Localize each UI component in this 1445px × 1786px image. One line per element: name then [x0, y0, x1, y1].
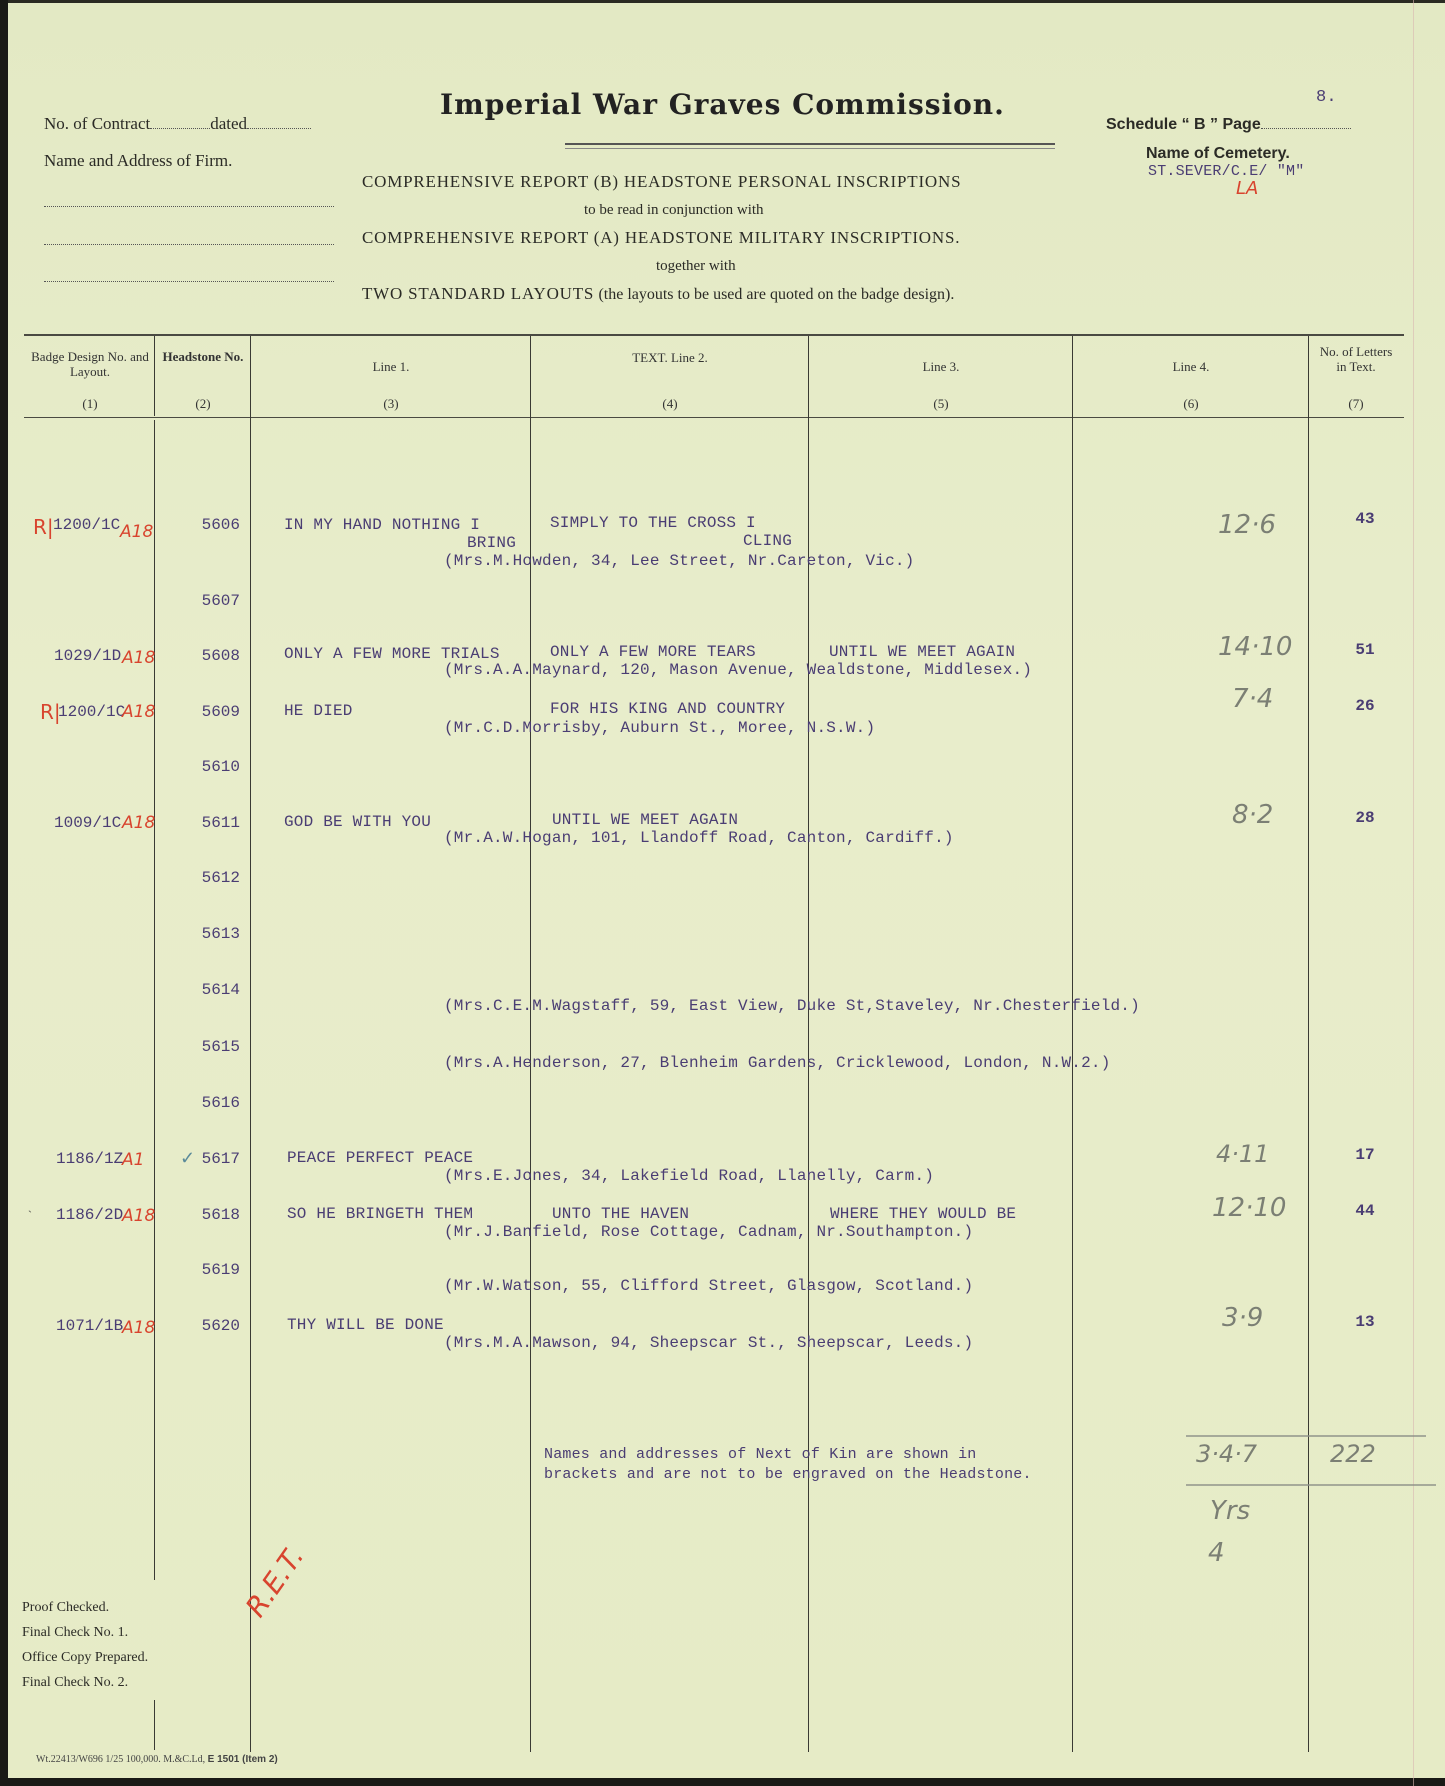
page-number: 8.	[1316, 88, 1337, 107]
years-label: Yrs	[1210, 1496, 1250, 1526]
headstone-number: 5620	[180, 1317, 240, 1335]
line1-text: IN MY HAND NOTHING I	[284, 516, 480, 534]
table-header-rule	[24, 417, 1404, 418]
headstone-number: 5610	[180, 758, 240, 776]
commission-title: Imperial War Graves Commission.	[440, 88, 1005, 121]
line1-text: GOD BE WITH YOU	[284, 813, 431, 831]
firm-line-1	[44, 206, 334, 207]
layout-annotation: A1	[122, 1150, 144, 1170]
col-num-2: (2)	[160, 396, 246, 412]
years-value: 4	[1208, 1538, 1225, 1568]
final-check-2-label: Final Check No. 2.	[22, 1675, 128, 1691]
next-of-kin: (Mr.C.D.Morrisby, Auburn St., Moree, N.S…	[444, 719, 875, 737]
measurement: 8·2	[1232, 800, 1273, 830]
badge-design: 1200/1C	[53, 516, 120, 534]
col-divider-6	[1308, 336, 1309, 1752]
letter-count: 44	[1340, 1202, 1390, 1220]
col-num-1: (1)	[30, 396, 150, 412]
layout-annotation: A18	[122, 1206, 155, 1226]
headstone-number: 5619	[180, 1261, 240, 1279]
line1-text: HE DIED	[284, 702, 353, 720]
final-check-1-label: Final Check No. 1.	[22, 1625, 128, 1641]
line3-text: UNTIL WE MEET AGAIN	[829, 643, 1015, 661]
firm-label: Name and Address of Firm.	[44, 151, 232, 171]
col-header-line2: TEXT. Line 2.	[610, 350, 730, 365]
letter-count: 28	[1340, 809, 1390, 827]
total-rule-bottom	[1186, 1484, 1436, 1486]
firm-line-2	[44, 244, 334, 245]
contract-field: No. of Contractdated	[44, 114, 311, 134]
col-num-4: (4)	[536, 396, 804, 412]
read-with-text: to be read in conjunction with	[584, 202, 764, 219]
layout-annotation: A18	[122, 648, 155, 668]
col-header-badge: Badge Design No. and Layout.	[30, 349, 150, 379]
cemetery-label: Name of Cemetery.	[1146, 145, 1290, 163]
document-page: No. of Contractdated Name and Address of…	[0, 0, 1445, 1786]
badge-design: 1071/1B	[56, 1317, 123, 1335]
headstone-number: 5617	[180, 1150, 240, 1168]
measurement: 3·9	[1222, 1303, 1263, 1333]
col-header-line4: Line 4.	[1078, 359, 1304, 374]
col-header-line3: Line 3.	[814, 359, 1068, 374]
next-of-kin: (Mr.A.W.Hogan, 101, Llandoff Road, Canto…	[444, 829, 954, 847]
col-divider-2	[250, 336, 251, 1752]
line2-text: UNTO THE HAVEN	[552, 1205, 689, 1223]
revision-mark: R|	[33, 515, 54, 539]
headstone-number: 5616	[180, 1094, 240, 1112]
cemetery-red-annotation: LA	[1236, 178, 1258, 199]
layout-annotation: A18	[120, 522, 153, 542]
scan-edge-bottom	[0, 1778, 1445, 1786]
badge-design: 1009/1C	[54, 814, 121, 832]
title-rule	[565, 143, 1055, 149]
headstone-number: 5607	[180, 592, 240, 610]
layout-annotation: A18	[122, 813, 155, 833]
line2-text: ONLY A FEW MORE TEARS	[550, 643, 756, 661]
measurement: 4·11	[1216, 1140, 1269, 1168]
layouts-text: TWO STANDARD LAYOUTS (the layouts to be …	[362, 284, 954, 304]
headstone-number: 5606	[180, 516, 240, 534]
proof-checked-label: Proof Checked.	[22, 1600, 109, 1616]
measurement: 12·6	[1218, 510, 1276, 540]
scan-edge-top	[0, 0, 1445, 3]
office-copy-label: Office Copy Prepared.	[22, 1650, 148, 1666]
line1-text: PEACE PERFECT PEACE	[287, 1149, 473, 1167]
firm-line-3	[44, 281, 334, 282]
next-of-kin-note-line1: Names and addresses of Next of Kin are s…	[544, 1446, 976, 1463]
col-divider-1	[154, 420, 155, 1580]
headstone-number: 5611	[180, 814, 240, 832]
stray-mark: `	[28, 1208, 32, 1223]
headstone-number: 5618	[180, 1206, 240, 1224]
col-num-3: (3)	[256, 396, 526, 412]
headstone-number: 5613	[180, 925, 240, 943]
schedule-label: Schedule “ B ” Page	[1106, 116, 1351, 134]
col-divider-1-head	[154, 336, 155, 416]
col-header-headstone: Headstone No.	[160, 349, 246, 364]
line2-text: UNTIL WE MEET AGAIN	[552, 811, 738, 829]
measurement: 14·10	[1218, 632, 1292, 662]
badge-design: 1186/2D	[56, 1206, 123, 1224]
next-of-kin: (Mrs.E.Jones, 34, Lakefield Road, Llanel…	[444, 1167, 934, 1185]
report-b-heading: COMPREHENSIVE REPORT (B) HEADSTONE PERSO…	[362, 172, 961, 192]
letter-count: 43	[1340, 510, 1390, 528]
col-num-7: (7)	[1316, 396, 1396, 412]
headstone-number: 5612	[180, 869, 240, 887]
col-divider-4	[808, 336, 809, 1752]
next-of-kin: (Mrs.M.Howden, 34, Lee Street, Nr.Careto…	[444, 552, 914, 570]
headstone-number: 5608	[180, 647, 240, 665]
line2-text: FOR HIS KING AND COUNTRY	[550, 700, 785, 718]
col-divider-3	[530, 336, 531, 1752]
next-of-kin: (Mrs.C.E.M.Wagstaff, 59, East View, Duke…	[444, 997, 1140, 1015]
report-a-heading: COMPREHENSIVE REPORT (A) HEADSTONE MILIT…	[362, 228, 960, 248]
measurement: 12·10	[1212, 1193, 1286, 1223]
line3-text: WHERE THEY WOULD BE	[830, 1205, 1016, 1223]
table-top-rule	[24, 334, 1404, 336]
col-divider-5	[1072, 336, 1073, 1752]
margin-rule	[1413, 0, 1414, 1786]
col-header-line1: Line 1.	[256, 359, 526, 374]
total-rule-top	[1186, 1435, 1426, 1437]
col-header-letters: No. of Letters in Text.	[1316, 344, 1396, 374]
next-of-kin: (Mr.J.Banfield, Rose Cottage, Cadnam, Nr…	[444, 1223, 973, 1241]
next-of-kin-note-line2: brackets and are not to be engraved on t…	[544, 1466, 1032, 1483]
letter-count: 13	[1340, 1313, 1390, 1331]
scan-edge-left	[0, 0, 8, 1786]
col-num-6: (6)	[1078, 396, 1304, 412]
col-num-5: (5)	[814, 396, 1068, 412]
layout-annotation: A18	[122, 702, 155, 722]
badge-design: 1029/1D	[54, 647, 121, 665]
headstone-number: 5614	[180, 981, 240, 999]
badge-design: 1200/1C	[58, 703, 125, 721]
cemetery-name: ST.SEVER/C.E/ "M"	[1148, 163, 1304, 180]
layout-annotation: A18	[122, 1318, 155, 1338]
line1-text: THY WILL BE DONE	[287, 1316, 444, 1334]
letter-count: 51	[1340, 641, 1390, 659]
line2-continued: CLING	[743, 532, 792, 550]
line1-text: SO HE BRINGETH THEM	[287, 1205, 473, 1223]
together-text: together with	[656, 258, 736, 275]
printer-imprint: Wt.22413/W696 1/25 100,000. M.&C.Ld, E 1…	[36, 1754, 278, 1765]
next-of-kin: (Mrs.A.A.Maynard, 120, Mason Avenue, Wea…	[444, 661, 1032, 679]
line1-continued: BRING	[467, 534, 516, 552]
next-of-kin: (Mrs.M.A.Mawson, 94, Sheepscar St., Shee…	[444, 1334, 973, 1352]
col-divider-1-foot	[154, 1700, 155, 1750]
measure-total: 3·4·7	[1196, 1440, 1257, 1468]
next-of-kin: (Mrs.A.Henderson, 27, Blenheim Gardens, …	[444, 1054, 1111, 1072]
line2-text: SIMPLY TO THE CROSS I	[550, 514, 756, 532]
letter-count: 17	[1340, 1146, 1390, 1164]
next-of-kin: (Mr.W.Watson, 55, Clifford Street, Glasg…	[444, 1277, 973, 1295]
measurement: 7·4	[1232, 684, 1273, 714]
badge-design: 1186/1Z	[56, 1150, 123, 1168]
headstone-number: 5609	[180, 703, 240, 721]
letter-count: 26	[1340, 697, 1390, 715]
headstone-number: 5615	[180, 1038, 240, 1056]
letters-total: 222	[1330, 1440, 1376, 1468]
